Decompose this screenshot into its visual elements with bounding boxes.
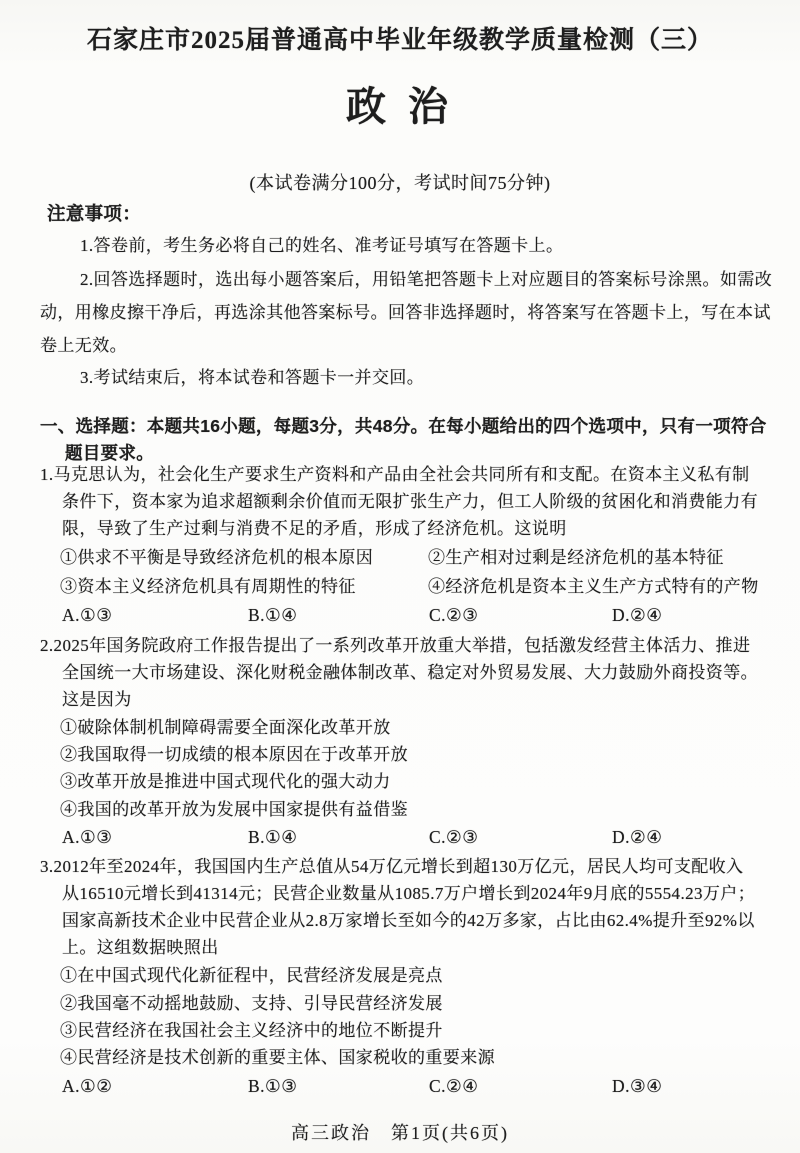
q3-stem-line4: 上。这组数据映照出 [62, 937, 219, 959]
q2-stem-line1: 2.2025年国务院政府工作报告提出了一系列改革开放重大举措，包括激发经营主体活… [40, 635, 750, 657]
q3-stem-line3: 国家高新技术企业中民营企业从2.8万家增长至如今的42万多家，占比由62.4%提… [62, 910, 755, 932]
q2-choice-b: B.①④ [248, 827, 297, 848]
q2-option-1: ①破除体制机制障碍需要全面深化改革开放 [60, 717, 391, 739]
q2-stem-line3: 这是因为 [62, 689, 132, 711]
notice-item-2-line1: 2.回答选择题时，选出每小题答案后，用铅笔把答题卡上对应题目的答案标号涂黑。如需… [80, 269, 772, 291]
q1-choice-b: B.①④ [248, 605, 297, 626]
q2-choice-d: D.②④ [612, 827, 662, 848]
exam-title: 石家庄市2025届普通高中毕业年级教学质量检测（三） [0, 30, 800, 52]
q1-stem-line1: 1.马克思认为，社会化生产要求生产资料和产品由全社会共同所有和支配。在资本主义私… [40, 464, 750, 486]
q1-choice-d: D.②④ [612, 605, 662, 626]
notice-item-3: 3.考试结束后，将本试卷和答题卡一并交回。 [80, 367, 424, 389]
q3-choice-b: B.①③ [248, 1076, 297, 1097]
q3-option-2: ②我国毫不动摇地鼓励、支持、引导民营经济发展 [60, 993, 443, 1015]
section-heading-line2: 题目要求。 [65, 442, 154, 464]
q3-option-1: ①在中国式现代化新征程中，民营经济发展是亮点 [60, 965, 443, 987]
q1-choice-a: A.①③ [62, 605, 112, 626]
q3-stem-line1: 3.2012年至2024年，我国国内生产总值从54万亿元增长到超130万亿元，居… [40, 856, 743, 878]
notice-item-2-line2: 动，用橡皮擦干净后，再选涂其他答案标号。回答非选择题时，将答案写在答题卡上，写在… [40, 302, 771, 324]
q1-stem-line2: 条件下，资本家为追求超额剩余价值而无限扩张生产力，但工人阶级的贫困化和消费能力有 [62, 491, 758, 513]
q1-choice-c: C.②③ [429, 605, 478, 626]
q3-choice-d: D.③④ [612, 1076, 662, 1097]
q1-option-3: ③资本主义经济危机具有周期性的特征 [60, 577, 356, 596]
q2-option-3: ③改革开放是推进中国式现代化的强大动力 [60, 771, 391, 793]
exam-page: 石家庄市2025届普通高中毕业年级教学质量检测（三） 政 治 (本试卷满分100… [0, 0, 800, 1153]
q1-stem-line3: 限，导致了生产过剩与消费不足的矛盾，形成了经济危机。这说明 [62, 518, 567, 540]
notice-heading: 注意事项： [47, 203, 141, 225]
q2-option-2: ②我国取得一切成绩的根本原因在于改革开放 [60, 744, 408, 766]
q3-choice-a: A.①② [62, 1076, 112, 1097]
notice-item-2-line3: 卷上无效。 [40, 335, 127, 357]
q3-stem-line2: 从16510元增长到41314元；民营企业数量从1085.7万户增长到2024年… [62, 883, 755, 905]
exam-meta: (本试卷满分100分，考试时间75分钟) [0, 172, 800, 194]
section-heading-line1: 一、选择题：本题共16小题，每题3分，共48分。在每小题给出的四个选项中，只有一… [40, 415, 767, 437]
q2-choice-a: A.①③ [62, 827, 112, 848]
q1-option-1: ①供求不平衡是导致经济危机的根本原因 [60, 548, 373, 567]
q3-choice-c: C.②④ [429, 1076, 478, 1097]
page-footer: 高三政治 第1页(共6页) [0, 1122, 800, 1144]
q1-option-4: ④经济危机是资本主义生产方式特有的产物 [428, 576, 759, 598]
q3-option-4: ④民营经济是技术创新的重要主体、国家税收的重要来源 [60, 1047, 495, 1069]
subject-title: 政 治 [0, 96, 800, 118]
q2-option-4: ④我国的改革开放为发展中国家提供有益借鉴 [60, 799, 408, 821]
q2-choice-c: C.②③ [429, 827, 478, 848]
q1-option-2: ②生产相对过剩是经济危机的基本特征 [428, 547, 724, 569]
q2-stem-line2: 全国统一大市场建设、深化财税金融体制改革、稳定对外贸易发展、大力鼓励外商投资等。 [62, 662, 758, 684]
q3-option-3: ③民营经济在我国社会主义经济中的地位不断提升 [60, 1020, 443, 1042]
notice-item-1: 1.答卷前，考生务必将自己的姓名、准考证号填写在答题卡上。 [80, 235, 563, 257]
